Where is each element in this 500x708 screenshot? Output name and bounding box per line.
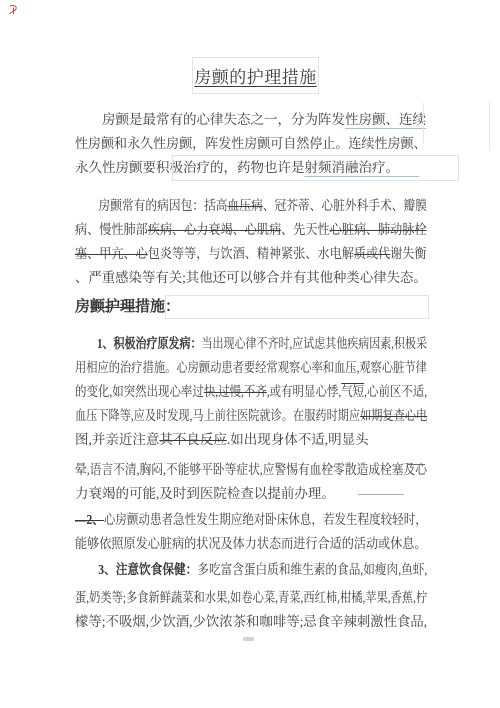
text-run: 、先天性	[281, 222, 329, 237]
text-line: 能够依照原发心脏病的状况及体力状态而进行合适的活动或休息。	[75, 532, 391, 556]
measure-1-cont: 晕,语言不清,胸闷,不能够平卧等症状,应警惕有血栓零散造成栓塞及心力衰竭的可能,…	[75, 458, 427, 506]
text-line: 房颤是最常有的心律失态之一，分为阵发性房颤、连续	[75, 108, 427, 132]
text-run: 质或代	[354, 246, 390, 261]
intro: 房颤是最常有的心律失态之一，分为阵发性房颤、连续性房颤和永久性房颤，阵发性房颤可…	[75, 108, 427, 180]
trailing-overline-mark	[408, 464, 425, 465]
text-run: 性房颤、连续	[345, 112, 426, 127]
text-line: 病、慢性肺部疾病、心力衰竭、心肌病、先天性心脏病、肺动脉栓	[75, 218, 391, 242]
text-run: 能够依照原发心脏病的状况及体力状态而进行合适的活动或休息。	[75, 536, 427, 551]
text-line: 檬等;不吸烟,少饮酒,少饮浓茶和咖啡等;忌食辛辣刺激性食品,	[75, 610, 424, 634]
title-box: 房颤的护理措施	[192, 57, 319, 94]
footer-mark	[243, 637, 254, 641]
text-run: 快,过慢,不齐	[204, 384, 267, 399]
text-run: 谢失衡	[390, 246, 426, 261]
text-run: 用相应的治疗措施。心房颤动患者要经常观察心率和血压,观察心脏节律	[75, 360, 427, 375]
text-run: 包炎等等，与饮酒、精神紧张、水电解	[148, 246, 354, 261]
text-run: 力衰竭的可能,及时到医院检查以提前办理。	[75, 486, 335, 501]
text-run: 图,并亲近注意	[75, 432, 159, 447]
short-horizontal-rule	[358, 494, 404, 495]
text-run: 檬等;不吸烟,少饮酒,少饮浓茶和咖啡等;忌食辛辣刺激性食品,	[75, 614, 427, 629]
section-heading: 房颤护理措施：	[75, 296, 427, 318]
text-run: 1、积极治疗原发病：	[97, 336, 202, 351]
text-run: 血压下降等,应及时发现,马上前往医院就诊。在服药时期应	[75, 408, 360, 423]
measure-2: —2、心房颤动患者急性发生期应绝对卧床休息，若发生程度较轻时，能够依照原发心脏病…	[75, 508, 427, 556]
text-run: 、冠芥蒂、心脏外科手术、瓣膜	[263, 198, 427, 213]
measure-1: 1、积极治疗原发病：当出现心律不齐时,应试虑其他疾病因素,积极采用相应的治疗措施…	[75, 332, 427, 452]
text-run: 塞、甲亢、心	[75, 246, 148, 261]
text-run: 房颤是最常有的心律失态之一，分为阵发	[102, 112, 345, 127]
text-run: 永久性房颤要积极治疗的，药物也许是	[75, 160, 305, 175]
text-run: 多吃富含蛋白质和维生素的食品,如瘦肉,鱼虾,	[197, 562, 427, 577]
text-run: 当出现心律不齐时,应试虑其他疾病因素,积极采	[202, 336, 428, 351]
red-mark-icon	[8, 4, 19, 16]
text-run: 晕,语言不清,胸闷,不能够平卧等症状,应警惕有血栓零散造成栓塞及心	[75, 462, 427, 477]
measure-3: 3、注意饮食保健：多吃富含蛋白质和维生素的食品,如瘦肉,鱼虾,蛋,奶类等;多食新…	[75, 558, 427, 634]
text-run: 血压病	[228, 198, 263, 213]
text-line: 图,并亲近注意其不良反应.如出现身体不适,明显头	[75, 428, 427, 452]
text-line: 的变化,如突然出现心率过快,过慢,不齐,或有明显心悸,气短,心前区不适,	[75, 380, 374, 404]
text-run: 3、注意饮食保健：	[98, 562, 197, 577]
text-run: ,心前区不适,	[364, 384, 427, 399]
text-run: 蛋,奶类等;多食新鲜蔬菜和水果,如卷心菜,青菜,西红柿,柑橘,苹果,香蕉,柠	[75, 590, 427, 605]
text-run: 心房颤动患者急性发生期应绝对卧床休息，若发生程度较轻时，	[104, 512, 427, 527]
text-line: 3、注意饮食保健：多吃富含蛋白质和维生素的食品,如瘦肉,鱼虾,	[75, 558, 379, 582]
text-run: 的变化,如突然出现心率过	[75, 384, 204, 399]
text-line: 血压下降等,应及时发现,马上前往医院就诊。在服药时期应如期复查心电	[75, 404, 367, 428]
text-line: 蛋,奶类等;多食新鲜蔬菜和水果,如卷心菜,青菜,西红柿,柑橘,苹果,香蕉,柠	[75, 586, 369, 610]
text-line: 房颤护理措施：	[75, 296, 427, 318]
text-line: 性房颤和永久性房颤，阵发性房颤可自然停止。连续性房颤、	[75, 132, 414, 156]
text-run: 性房颤和永久性房颤，阵发性房颤可自然停止。连续性房颤、	[75, 136, 427, 151]
text-line: —2、心房颤动患者急性发生期应绝对卧床休息，若发生程度较轻时，	[75, 508, 376, 532]
text-run: 疾病、心力衰竭、心肌病	[148, 222, 281, 237]
text-line: 、严重感染等有关;其他还可以够合并有其他种类心律失态。	[75, 266, 424, 290]
text-line: 1、积极治疗原发病：当出现心律不齐时,应试虑其他疾病因素,积极采	[75, 332, 362, 356]
text-line: 永久性房颤要积极治疗的，药物也许是射频消融治疗。	[75, 156, 427, 180]
text-run	[392, 160, 419, 175]
text-line: 用相应的治疗措施。心房颤动患者要经常观察心率和血压,观察心脏节律	[75, 356, 369, 380]
text-run: 、严重感染等有关;其他还可以够合并有其他种类心律失态。	[75, 270, 427, 285]
text-line: 塞、甲亢、心包炎等等，与饮酒、精神紧张、水电解质或代谢失衡	[75, 242, 391, 266]
text-run: 房颤常有的病因包：括高	[98, 198, 227, 213]
text-run: .如出现身体不适,明显头	[227, 432, 369, 447]
document-content: 房颤是最常有的心律失态之一，分为阵发性房颤、连续性房颤和永久性房颤，阵发性房颤可…	[75, 108, 427, 634]
text-line: 房颤常有的病因包：括高血压病、冠芥蒂、心脏外科手术、瓣膜	[75, 194, 381, 218]
text-run: 其不良反应	[159, 432, 227, 447]
text-run: 措施：	[135, 299, 180, 315]
document-page: 房颤的护理措施 房颤是最常有的心律失态之一，分为阵发性房颤、连续性房颤和永久性房…	[0, 0, 500, 708]
margin-revision-line-2	[489, 102, 490, 150]
causes: 房颤常有的病因包：括高血压病、冠芥蒂、心脏外科手术、瓣膜病、慢性肺部疾病、心力衰…	[75, 194, 427, 290]
text-run: 如期复查心电	[360, 408, 427, 423]
page-title: 房颤的护理措施	[194, 63, 317, 88]
text-run: 气短	[341, 384, 364, 399]
text-run: 房	[75, 299, 90, 315]
text-run: ,或有明显心悸,	[267, 384, 341, 399]
text-run: 心脏病、肺动脉栓	[330, 222, 427, 237]
text-line: 晕,语言不清,胸闷,不能够平卧等症状,应警惕有血栓零散造成栓塞及心	[75, 458, 381, 482]
text-run: 射频消融治疗。	[305, 160, 393, 175]
text-run: 颤护理	[90, 299, 135, 315]
text-run: 病、慢性肺部	[75, 222, 148, 237]
text-run: —2、	[75, 512, 104, 527]
